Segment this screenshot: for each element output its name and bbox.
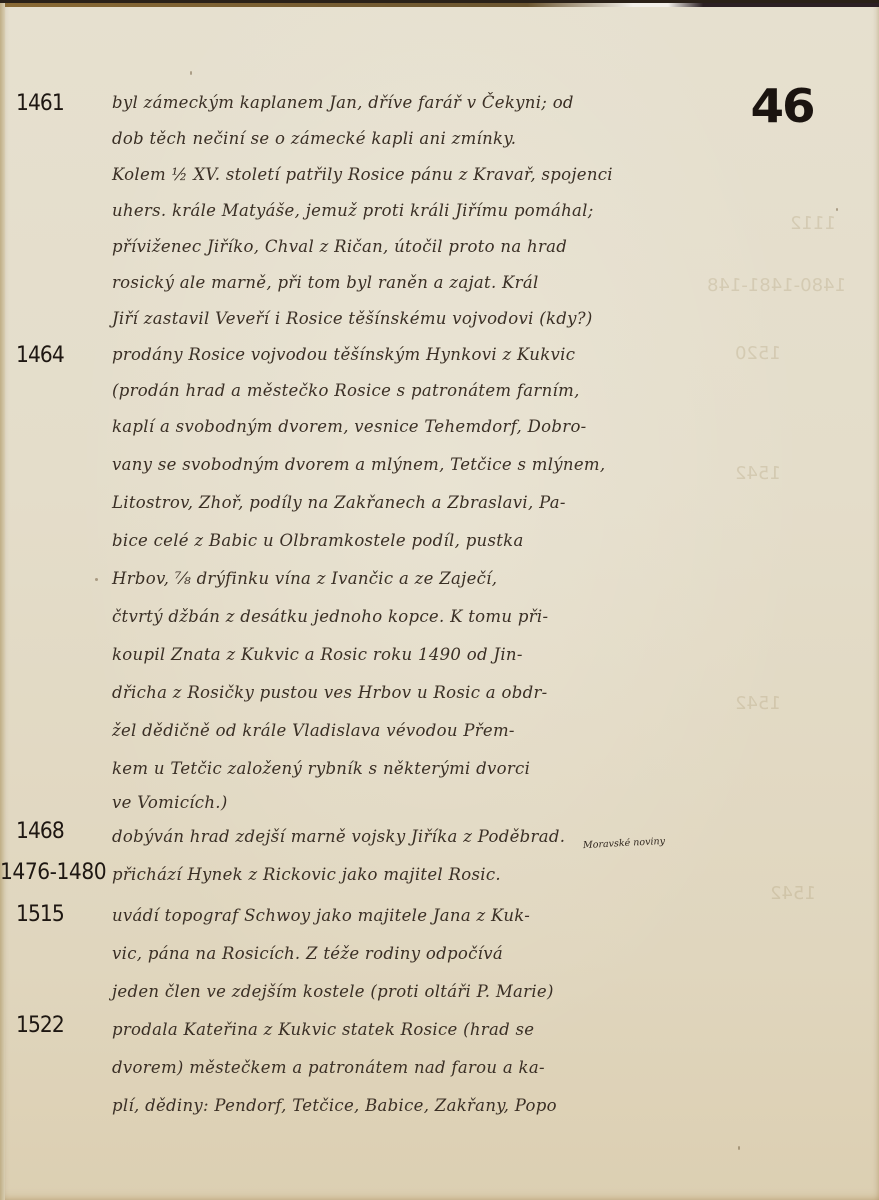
paper-speck <box>190 71 192 75</box>
page-binding-edge <box>0 3 5 1200</box>
text-line: přichází Hynek z Rickovic jako majitel R… <box>112 865 712 885</box>
text-line: dřicha z Rosičky pustou ves Hrbov u Rosi… <box>112 683 712 703</box>
text-line: Jiří zastavil Veveří i Rosice těšínskému… <box>112 309 712 329</box>
margin-year: 1522 <box>16 1013 64 1038</box>
text-line: žel dědičně od krále Vladislava vévodou … <box>112 721 712 741</box>
text-line: (prodán hrad a městečko Rosice s patroná… <box>112 381 712 401</box>
text-line: dvorem) městečkem a patronátem nad farou… <box>112 1058 712 1078</box>
text-line: kaplí a svobodným dvorem, vesnice Tehemd… <box>112 417 712 437</box>
paper-speck <box>836 208 838 211</box>
page-number: 46 <box>750 79 813 133</box>
text-line: čtvrtý džbán z desátku jednoho kopce. K … <box>112 607 712 627</box>
bleed-through-text: 1542 <box>735 463 781 484</box>
text-line: vany se svobodným dvorem a mlýnem, Tetči… <box>112 455 712 475</box>
text-line: uhers. krále Matyáše, jemuž proti králi … <box>112 201 712 221</box>
bleed-through-text: 1480-1481-148 <box>707 275 846 296</box>
text-line: jeden člen ve zdejším kostele (proti olt… <box>112 982 712 1002</box>
text-line: dob těch nečiní se o zámecké kapli ani z… <box>112 129 712 149</box>
text-line: prodala Kateřina z Kukvic statek Rosice … <box>112 1020 712 1040</box>
text-line: byl zámeckým kaplanem Jan, dříve farář v… <box>112 93 712 113</box>
text-line: prodány Rosice vojvodou těšínským Hynkov… <box>112 345 712 365</box>
text-line: vic, pána na Rosicích. Z téže rodiny odp… <box>112 944 712 964</box>
text-line: uvádí topograf Schwoy jako majitele Jana… <box>112 906 712 926</box>
bleed-through-text: 1520 <box>735 343 781 364</box>
text-line: ve Vomicích.) <box>112 793 712 813</box>
text-line: Kolem ½ XV. století patřily Rosice pánu … <box>112 165 712 185</box>
margin-year-range: 1476-1480 <box>0 860 106 885</box>
bleed-through-text: 1542 <box>735 693 781 714</box>
scan-top-edge <box>0 3 879 7</box>
text-line: plí, dědiny: Pendorf, Tetčice, Babice, Z… <box>112 1096 712 1116</box>
text-line: koupil Znata z Kukvic a Rosic roku 1490 … <box>112 645 712 665</box>
text-line: Litostrov, Zhoř, podíly na Zakřanech a Z… <box>112 493 712 513</box>
bleed-through-text: 1542 <box>770 883 816 904</box>
text-line: příviženec Jiříko, Chval z Ričan, útočil… <box>112 237 712 257</box>
margin-year: 1468 <box>16 819 64 844</box>
manuscript-page: 1112 1480-1481-148 1520 1542 1542 1542 4… <box>0 3 879 1200</box>
bleed-through-text: 1112 <box>790 213 836 234</box>
margin-year: 1515 <box>16 902 64 927</box>
margin-year: 1464 <box>16 343 64 368</box>
text-line: Hrbov, ⅞ drýfinku vína z Ivančic a ze Za… <box>112 569 712 589</box>
paper-speck <box>738 1146 740 1150</box>
text-line: kem u Tetčic založený rybník s některými… <box>112 759 712 779</box>
text-line: rosický ale marně, při tom byl raněn a z… <box>112 273 712 293</box>
paper-speck <box>95 578 98 581</box>
text-line: bice celé z Babic u Olbramkostele podíl,… <box>112 531 712 551</box>
margin-year: 1461 <box>16 91 64 116</box>
